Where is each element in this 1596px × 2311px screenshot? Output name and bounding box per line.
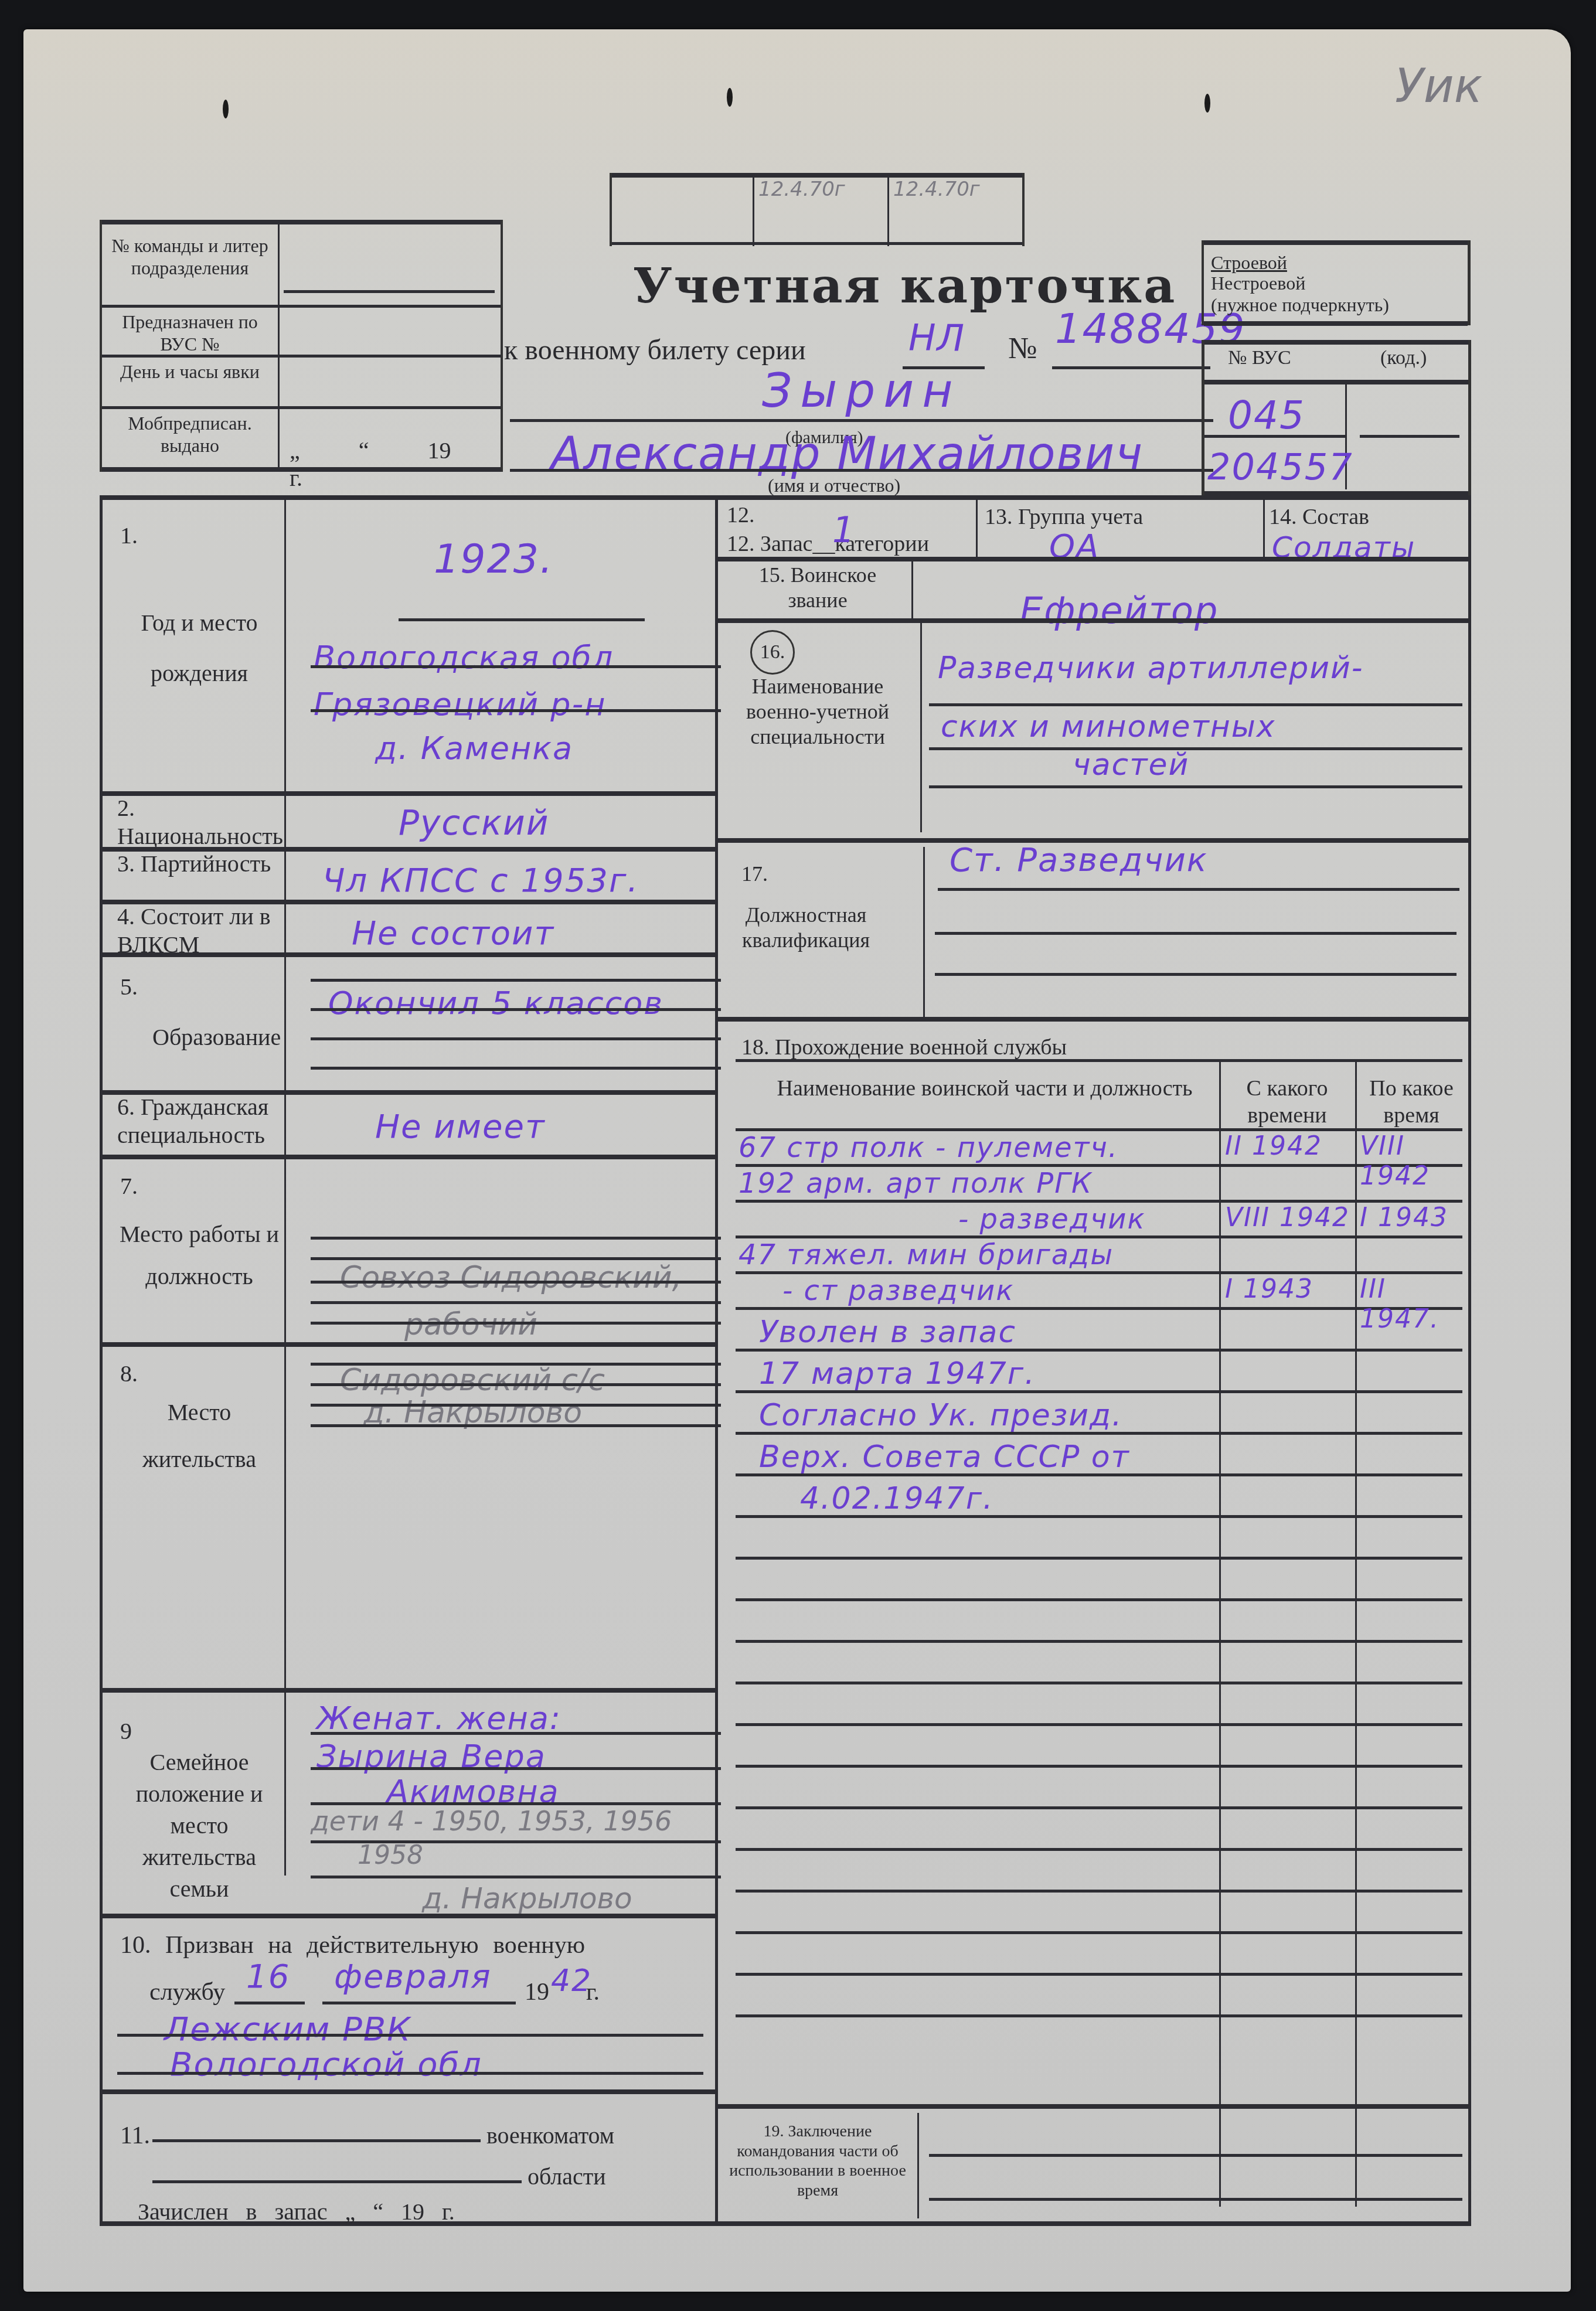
duty-caption: (нужное подчеркнуть): [1211, 294, 1389, 316]
table-row: Верх. Совета СССР от: [736, 1435, 1462, 1476]
section-14-label: 14. Состав: [1269, 504, 1369, 530]
military-rank: Ефрейтор: [1020, 589, 1219, 632]
table-row: 17 марта 1947г.: [736, 1352, 1462, 1393]
draft-office: Лежским РВК: [164, 2010, 411, 2048]
nationality: Русский: [399, 803, 550, 843]
service-table-title: 18. Прохождение военной службы: [741, 1034, 1067, 1060]
reserve-enrollment: Зачислен в запас „ “ 19 г.: [138, 2198, 455, 2225]
komsomol-status: Не состоит: [352, 914, 554, 952]
stamp-box: 12.4.70г 12.4.70г: [610, 173, 1025, 246]
section-8-number: 8.: [120, 1360, 138, 1388]
punch-hole: [727, 88, 733, 107]
code-header: (код.): [1380, 347, 1427, 369]
section-7-label: Место работы и должность: [117, 1213, 281, 1298]
service-col-unit: Наименование воинской части и должность: [762, 1075, 1207, 1102]
table-row: Уволен в запас: [736, 1310, 1462, 1352]
party-membership: Чл КПСС с 1953г.: [322, 862, 639, 900]
section-1-label: Год и место рождения: [117, 598, 281, 699]
section-15-label: 15. Воинское звание: [727, 563, 908, 613]
section-16-label: Наименование военно-учетной специальност…: [724, 674, 911, 750]
section-10-label: 10. Призван на действительную военную: [120, 1931, 585, 1959]
section-11-region: области: [528, 2163, 606, 2190]
section-13-label: 13. Группа учета: [985, 504, 1143, 530]
specialty-2: ских и минометных: [941, 709, 1276, 744]
table-row: Согласно Ук. презид.: [736, 1393, 1462, 1435]
vus-header: № ВУС: [1228, 347, 1291, 369]
label-mob-order: Мобпредписан. выдано: [105, 412, 275, 457]
section-2-label: 2. Национальность: [117, 794, 284, 850]
birth-year: 1923.: [434, 536, 554, 583]
ticket-prefix: к военному билету серии: [504, 334, 806, 366]
section-4-label: 4. Состоит ли в ВЛКСМ: [117, 903, 284, 959]
birth-place-3: д. Каменка: [375, 730, 573, 767]
section-17-number: 17.: [741, 862, 768, 887]
section-3-label: 3. Партийность: [117, 850, 284, 878]
qualification: Ст. Разведчик: [950, 841, 1208, 879]
duty-noncombat: Нестроевой: [1211, 273, 1305, 294]
service-col-from: С какого времени: [1222, 1075, 1352, 1129]
section-10-label-2: службу: [149, 1978, 225, 2006]
birth-place-1: Вологодская обл: [314, 639, 614, 676]
section-8-label: Место жительства: [117, 1389, 281, 1483]
table-row: 47 тяжел. мин бригады: [736, 1238, 1462, 1274]
name-caption: (имя и отчество): [768, 475, 900, 496]
education: Окончил 5 классов: [328, 985, 663, 1022]
section-1-number: 1.: [120, 522, 138, 550]
section-16-number: 16.: [750, 630, 795, 675]
section-17-label: Должностная квалификация: [736, 903, 876, 953]
children: дети 4 - 1950, 1953, 1956: [311, 1805, 672, 1837]
table-row: - ст разведчик I 1943 III 1947.: [736, 1274, 1462, 1310]
workplace: Совхоз Сидоровский,: [340, 1260, 682, 1295]
table-row: - разведчик VIII 1942 I 1943: [736, 1203, 1462, 1238]
section-5-number: 5.: [120, 973, 138, 1001]
punch-hole: [223, 100, 229, 118]
label-command-number: № команды и литер подразделения: [105, 234, 275, 280]
section-11-number: 11.: [120, 2122, 150, 2150]
section-9-label: Семейное положение и место жительства се…: [117, 1747, 281, 1905]
stamp-date-1: 12.4.70г: [758, 178, 845, 201]
ticket-series: НЛ: [908, 316, 965, 359]
residence-1: Сидоровский с/с: [340, 1363, 605, 1398]
vus-box: № ВУС (код.) 045 204557: [1202, 340, 1471, 495]
punch-hole: [1204, 94, 1210, 113]
birth-place-2: Грязовецкий р-н: [314, 686, 606, 723]
duty-box: Строевой Нестроевой (нужное подчеркнуть): [1202, 240, 1471, 325]
section-7-number: 7.: [120, 1172, 138, 1200]
call-up-month: февраля: [334, 1958, 492, 1996]
stamp-date-2: 12.4.70г: [893, 178, 980, 201]
empty-rows: [736, 1518, 1462, 2022]
specialty-3: частей: [1073, 747, 1189, 782]
service-col-to: По какое время: [1359, 1075, 1464, 1129]
call-up-day: 16: [246, 1958, 290, 1996]
corner-note: Уик: [1395, 59, 1482, 113]
civil-specialty: Не имеет: [375, 1108, 546, 1146]
duty-combat: Строевой: [1211, 252, 1287, 274]
label-vus-assigned: Предназначен по ВУС №: [105, 311, 275, 356]
reserve-category: 1: [832, 510, 856, 551]
family-status: Женат. жена:: [317, 1700, 562, 1737]
section-19-label: 19. Заключение командования части об исп…: [724, 2122, 911, 2200]
children-2: 1958: [358, 1840, 423, 1870]
vus-number: 045: [1228, 393, 1305, 438]
position: рабочий: [404, 1307, 537, 1342]
call-up-year-suffix: г.: [586, 1978, 600, 2006]
family-residence: д. Накрылово: [422, 1881, 632, 1915]
draft-region: Вологодской обл: [170, 2045, 482, 2084]
label-day-hours: День и часы явки: [105, 360, 275, 383]
call-up-year-prefix: 19: [525, 1978, 549, 2006]
top-left-box: № команды и литер подразделения Предназн…: [100, 220, 503, 472]
section-6-label: 6. Гражданская специальность: [117, 1093, 284, 1149]
table-row: 192 арм. арт полк РГК: [736, 1167, 1462, 1203]
name-patronymic: Александр Михайлович: [551, 428, 1144, 481]
account-card: Уик 12.4.70г 12.4.70г № команды и литер …: [23, 29, 1571, 2292]
section-5-label: Образование: [152, 1014, 270, 1061]
table-row: 4.02.1947г.: [736, 1476, 1462, 1518]
section-9-number: 9: [120, 1717, 132, 1745]
section-12-label: 12.12. Запас__категории: [727, 501, 929, 559]
surname: Зырин: [762, 363, 961, 418]
table-row: 67 стр полк - пулеметч. II 1942 VIII 194…: [736, 1131, 1462, 1167]
number-sign: №: [1008, 331, 1037, 366]
specialty-1: Разведчики артиллерий-: [938, 651, 1364, 686]
vus-code: 204557: [1207, 445, 1353, 488]
mob-order-date: „ “ 19 г.: [290, 437, 501, 492]
section-11-office: военкоматом: [486, 2122, 614, 2149]
